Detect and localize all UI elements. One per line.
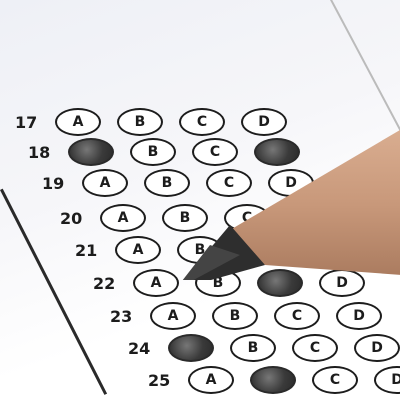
question-number: 17 [15, 113, 37, 132]
answer-bubble-a[interactable]: A [168, 334, 214, 362]
question-number: 21 [75, 241, 97, 260]
question-number: 23 [110, 307, 132, 326]
answer-bubble-c[interactable]: C [292, 334, 338, 362]
answer-bubble-d[interactable]: D [354, 334, 400, 362]
answer-bubble-a[interactable]: A [188, 366, 234, 394]
question-number: 18 [28, 143, 50, 162]
answer-bubble-d[interactable]: D [374, 366, 400, 394]
answer-bubble-a[interactable]: A [100, 204, 146, 232]
photo-scene: 17ABCD18ABCD19ABCD20ABCD21ABCD22ABCD23AB… [0, 0, 400, 400]
answer-bubble-a[interactable]: A [115, 236, 161, 264]
answer-bubble-d[interactable]: D [336, 302, 382, 330]
answer-bubble-b[interactable]: B [250, 366, 296, 394]
answer-bubble-c[interactable]: C [312, 366, 358, 394]
answer-bubble-c[interactable]: C [274, 302, 320, 330]
question-number: 22 [93, 274, 115, 293]
answer-bubble-a[interactable]: A [55, 108, 101, 136]
answer-bubble-a[interactable]: A [82, 169, 128, 197]
answer-bubble-a[interactable]: A [150, 302, 196, 330]
question-number: 25 [148, 371, 170, 390]
question-number: 20 [60, 209, 82, 228]
pencil-icon [170, 130, 400, 280]
answer-bubble-b[interactable]: B [117, 108, 163, 136]
question-number: 24 [128, 339, 150, 358]
answer-bubble-b[interactable]: B [230, 334, 276, 362]
sheet-border-line [0, 189, 107, 395]
sheet-border-line-right [330, 0, 400, 132]
answer-bubble-b[interactable]: B [212, 302, 258, 330]
question-number: 19 [42, 174, 64, 193]
answer-bubble-a[interactable]: A [68, 138, 114, 166]
